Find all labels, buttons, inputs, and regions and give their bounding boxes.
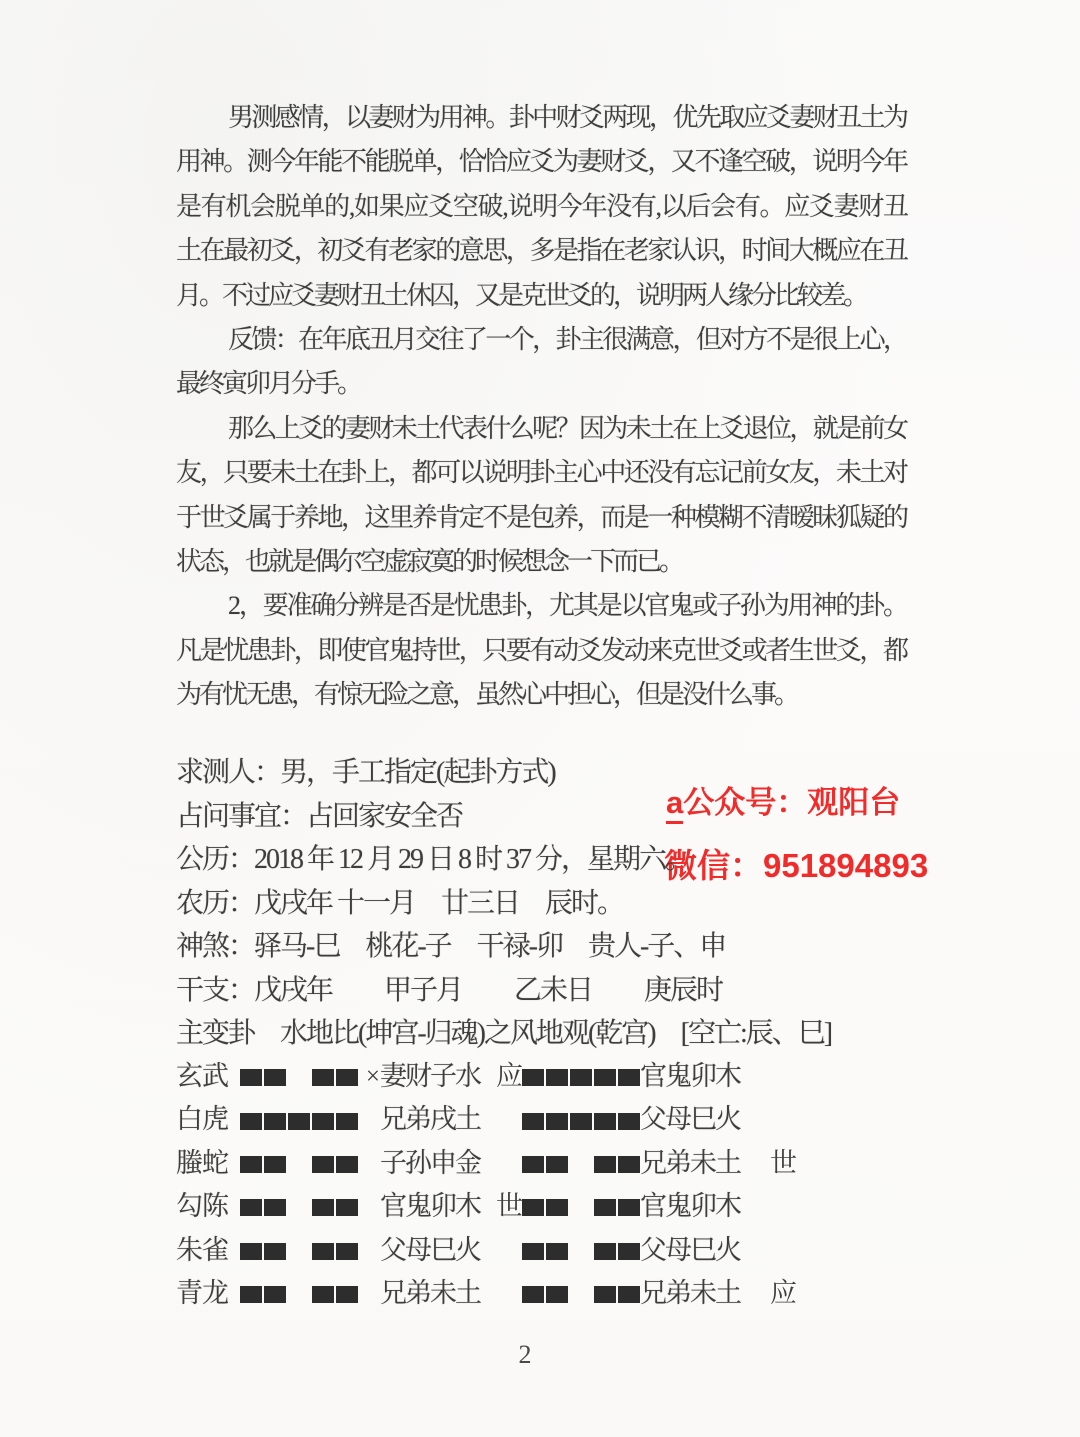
changed-hexagram-line <box>522 1286 640 1303</box>
paragraph-line: 用神。测今年能不能脱单，恰恰应爻为妻财爻，又不逢空破，说明今年 <box>176 140 906 184</box>
body-text: 男测感情，以妻财为用神。卦中财爻两现，优先取应爻妻财丑土为 用神。测今年能不能脱… <box>176 96 906 717</box>
changed-line-label: 父母巳火 <box>640 1098 756 1141</box>
hexagram-row: 白虎 兄弟戌土 父母巳火 <box>176 1098 1036 1141</box>
main-line-label: 妻财子水 <box>380 1055 496 1098</box>
changed-shi-ying-mark <box>770 1055 814 1098</box>
changed-hexagram-line <box>522 1243 640 1260</box>
paragraph-line: 状态，也就是偶尔空虚寂寞的时候想念一下而已。 <box>176 540 906 584</box>
info-line-querent: 求测人：男，手工指定(起卦方式) <box>176 751 936 795</box>
six-god-label: 螣蛇 <box>176 1142 240 1185</box>
main-shi-ying-mark <box>496 1272 522 1315</box>
main-hexagram-line <box>240 1243 358 1260</box>
main-hexagram-line <box>240 1113 358 1130</box>
main-shi-ying-mark: 世 <box>496 1185 522 1228</box>
paragraph-line: 凡是忧患卦，即使官鬼持世，只要有动爻发动来克世爻或者生世爻，都 <box>176 629 906 673</box>
moving-line-marker <box>358 1142 380 1185</box>
info-line-question: 占问事宜：占回家安全否 <box>176 795 936 839</box>
document-page: 男测感情，以妻财为用神。卦中财爻两现，优先取应爻妻财丑土为 用神。测今年能不能脱… <box>0 0 1080 1437</box>
moving-line-marker <box>358 1272 380 1315</box>
changed-shi-ying-mark: 世 <box>770 1142 814 1185</box>
main-shi-ying-mark: 应 <box>496 1055 522 1098</box>
main-line-label: 父母巳火 <box>380 1229 496 1272</box>
main-hexagram-line <box>240 1156 358 1173</box>
moving-line-marker <box>358 1229 380 1272</box>
changed-shi-ying-mark: 应 <box>770 1272 814 1315</box>
paragraph-line: 那么上爻的妻财未土代表什么呢？因为未土在上爻退位，就是前女 <box>176 407 906 451</box>
moving-line-marker <box>358 1098 380 1141</box>
main-hexagram-line <box>240 1199 358 1216</box>
main-line-label: 兄弟未土 <box>380 1272 496 1315</box>
six-god-label: 白虎 <box>176 1098 240 1141</box>
hexagram-row: 青龙 兄弟未土 兄弟未土 应 <box>176 1272 1036 1315</box>
main-shi-ying-mark <box>496 1229 522 1272</box>
info-line-solar-date: 公历：2018 年 12 月 29 日 8 时 37 分，星期六。 <box>176 838 936 882</box>
moving-line-marker <box>358 1185 380 1228</box>
hexagram-row: 朱雀 父母巳火 父母巳火 <box>176 1229 1036 1272</box>
changed-line-label: 父母巳火 <box>640 1229 756 1272</box>
six-god-label: 勾陈 <box>176 1185 240 1228</box>
paragraph-line: 反馈：在年底丑月交往了一个，卦主很满意，但对方不是很上心， <box>176 318 906 362</box>
moving-line-marker: × <box>358 1055 380 1098</box>
changed-hexagram-line <box>522 1199 640 1216</box>
info-line-hexagram-title: 主变卦 水地比(坤宫-归魂)之风地观(乾宫) [空亡:辰、巳] <box>176 1012 936 1056</box>
changed-hexagram-line <box>522 1113 640 1130</box>
six-god-label: 朱雀 <box>176 1229 240 1272</box>
paragraph-line: 月。不过应爻妻财丑土休囚，又是克世爻的，说明两人缘分比较差。 <box>176 274 906 318</box>
changed-line-label: 官鬼卯木 <box>640 1185 756 1228</box>
hexagram-row: 勾陈 官鬼卯木 世 官鬼卯木 <box>176 1185 1036 1228</box>
hexagram-table: 玄武 × 妻财子水 应 官鬼卯木 白虎 兄弟戌土 父母巳火 螣蛇 子孙申金 <box>176 1055 1036 1315</box>
paragraph-line: 2，要准确分辨是否是忧患卦，尤其是以官鬼或子孙为用神的卦。 <box>176 584 906 628</box>
changed-line-label: 兄弟未土 <box>640 1272 756 1315</box>
main-hexagram-line <box>240 1069 358 1086</box>
changed-line-label: 官鬼卯木 <box>640 1055 756 1098</box>
six-god-label: 青龙 <box>176 1272 240 1315</box>
main-line-label: 官鬼卯木 <box>380 1185 496 1228</box>
paragraph-line: 最终寅卯月分手。 <box>176 362 906 406</box>
paragraph-line: 是有机会脱单的,如果应爻空破,说明今年没有,以后会有。应爻妻财丑 <box>176 185 906 229</box>
page-number: 2 <box>430 1340 620 1370</box>
info-line-shensha: 神煞：驿马-巳 桃花-子 干禄-卯 贵人-子、申 <box>176 925 936 969</box>
main-line-label: 兄弟戌土 <box>380 1098 496 1141</box>
changed-hexagram-line <box>522 1069 640 1086</box>
changed-line-label: 兄弟未土 <box>640 1142 756 1185</box>
paragraph-line: 友，只要未土在卦上，都可以说明卦主心中还没有忘记前女友，未土对 <box>176 451 906 495</box>
paragraph-line: 为有忧无患，有惊无险之意，虽然心中担心，但是没什么事。 <box>176 673 906 717</box>
hexagram-row: 玄武 × 妻财子水 应 官鬼卯木 <box>176 1055 1036 1098</box>
changed-shi-ying-mark <box>770 1229 814 1272</box>
info-line-ganzhi: 干支：戊戌年 甲子月 乙未日 庚辰时 <box>176 969 936 1013</box>
six-god-label: 玄武 <box>176 1055 240 1098</box>
main-shi-ying-mark <box>496 1142 522 1185</box>
changed-hexagram-line <box>522 1156 640 1173</box>
paragraph-line: 于世爻属于养地，这里养肯定不是包养，而是一种模糊不清暧昧狐疑的 <box>176 496 906 540</box>
changed-shi-ying-mark <box>770 1185 814 1228</box>
hexagram-row: 螣蛇 子孙申金 兄弟未土 世 <box>176 1142 1036 1185</box>
main-line-label: 子孙申金 <box>380 1142 496 1185</box>
changed-shi-ying-mark <box>770 1098 814 1141</box>
divination-info: 求测人：男，手工指定(起卦方式) 占问事宜：占回家安全否 公历：2018 年 1… <box>176 751 936 1056</box>
paragraph-line: 土在最初爻，初爻有老家的意思，多是指在老家认识，时间大概应在丑 <box>176 229 906 273</box>
main-hexagram-line <box>240 1286 358 1303</box>
info-line-lunar-date: 农历：戊戌年 十一月 廿三日 辰时。 <box>176 882 936 926</box>
paragraph-line: 男测感情，以妻财为用神。卦中财爻两现，优先取应爻妻财丑土为 <box>176 96 906 140</box>
main-shi-ying-mark <box>496 1098 522 1141</box>
